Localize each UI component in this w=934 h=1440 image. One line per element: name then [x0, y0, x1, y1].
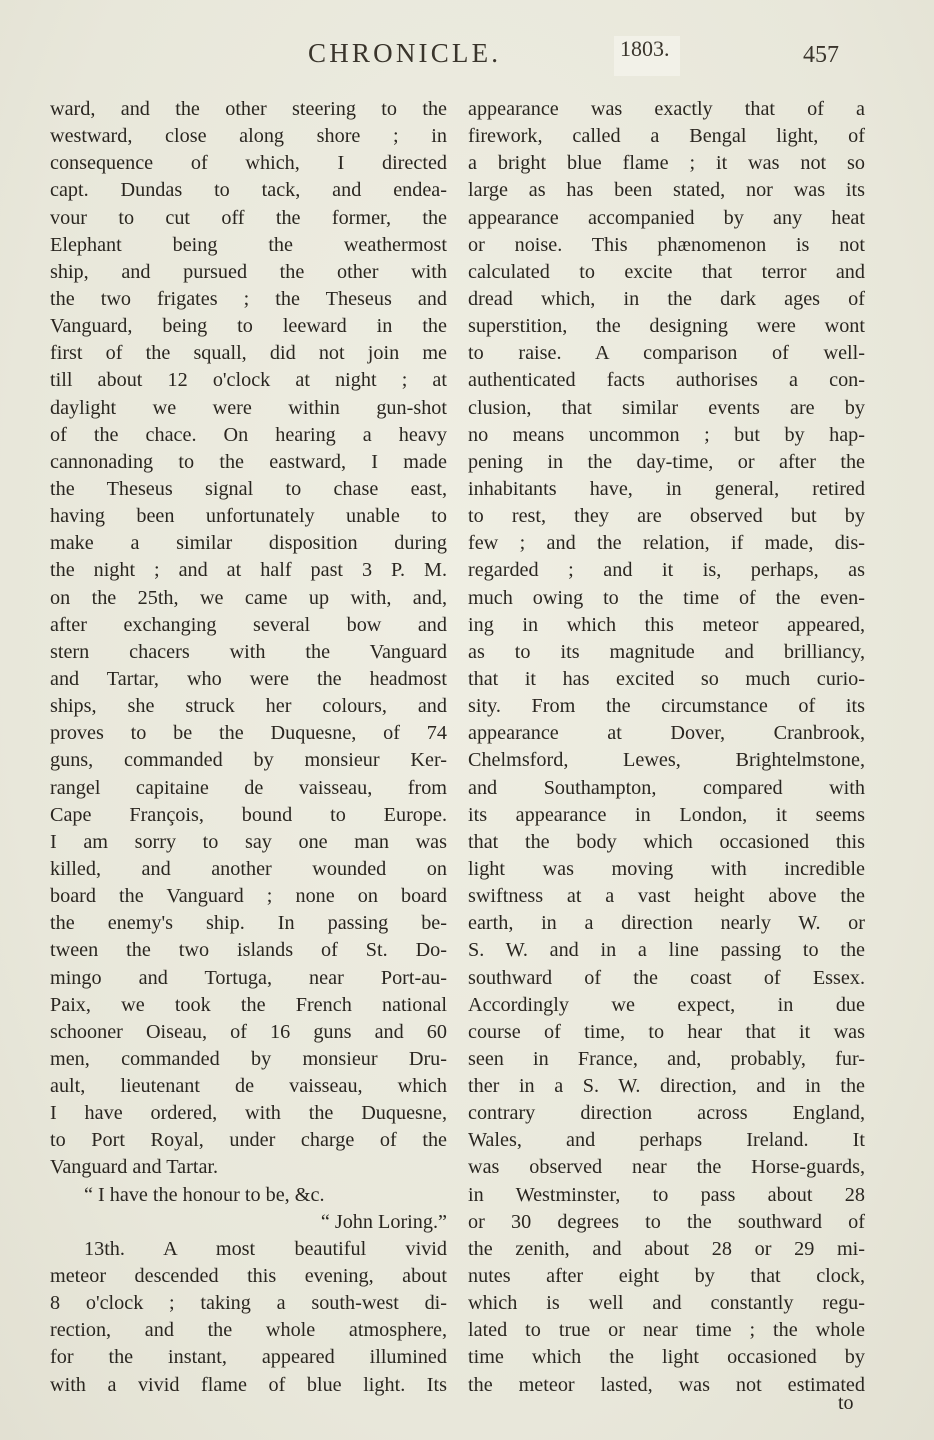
text-line: proves to be the Duquesne, of 74: [50, 720, 447, 747]
text-line: lated to true or near time ; the whole: [468, 1317, 865, 1344]
text-line: its appearance in London, it seems: [468, 802, 865, 829]
text-line: make a similar disposition during: [50, 530, 447, 557]
text-line: on the 25th, we came up with, and,: [50, 585, 447, 612]
text-line: the zenith, and about 28 or 29 mi-: [468, 1236, 865, 1263]
text-line: that it has excited so much curio-: [468, 666, 865, 693]
text-line: daylight we were within gun-shot: [50, 395, 447, 422]
text-line: much owing to the time of the even-: [468, 585, 865, 612]
text-line: few ; and the relation, if made, dis-: [468, 530, 865, 557]
text-line: or noise. This phænomenon is not: [468, 232, 865, 259]
text-line: Accordingly we expect, in due: [468, 992, 865, 1019]
text-line: in Westminster, to pass about 28: [468, 1182, 865, 1209]
text-line: westward, close along shore ; in: [50, 123, 447, 150]
entry-line: rection, and the whole atmosphere,: [50, 1317, 447, 1344]
letter-signature: “ John Loring.”: [50, 1209, 447, 1236]
text-line: seen in France, and, probably, fur-: [468, 1046, 865, 1073]
text-line: board the Vanguard ; none on board: [50, 883, 447, 910]
text-line: to rest, they are observed but by: [468, 503, 865, 530]
text-line: the enemy's ship. In passing be-: [50, 910, 447, 937]
text-line: firework, called a Bengal light, of: [468, 123, 865, 150]
text-line: course of time, to hear that it was: [468, 1019, 865, 1046]
text-line: guns, commanded by monsieur Ker-: [50, 747, 447, 774]
running-head: CHRONICLE. 1803. 457: [0, 36, 934, 76]
text-line: ther in a S. W. direction, and in the: [468, 1073, 865, 1100]
text-line: time which the light occasioned by: [468, 1344, 865, 1371]
text-line: earth, in a direction nearly W. or: [468, 910, 865, 937]
entry-line: 13th. A most beautiful vivid: [50, 1236, 447, 1263]
letter-closing: “ I have the honour to be, &c.: [50, 1182, 447, 1209]
left-column: ward, and the other steering to the west…: [50, 96, 447, 1399]
text-line: consequence of which, I directed: [50, 150, 447, 177]
text-line: appearance was exactly that of a: [468, 96, 865, 123]
text-line: which is well and constantly regu-: [468, 1290, 865, 1317]
text-line: superstition, the designing were wont: [468, 313, 865, 340]
text-line: and Tartar, who were the headmost: [50, 666, 447, 693]
text-line: cannonading to the eastward, I made: [50, 449, 447, 476]
right-column: appearance was exactly that of a firewor…: [468, 96, 865, 1399]
text-line: contrary direction across England,: [468, 1100, 865, 1127]
text-line: Paix, we took the French national: [50, 992, 447, 1019]
text-line: ship, and pursued the other with: [50, 259, 447, 286]
text-line: killed, and another wounded on: [50, 856, 447, 883]
text-line: Vanguard, being to leeward in the: [50, 313, 447, 340]
text-line: to raise. A comparison of well-: [468, 340, 865, 367]
text-line: as to its magnitude and brilliancy,: [468, 639, 865, 666]
text-line: sity. From the circumstance of its: [468, 693, 865, 720]
text-line: large as has been stated, nor was its: [468, 177, 865, 204]
text-line: clusion, that similar events are by: [468, 395, 865, 422]
text-line: ships, she struck her colours, and: [50, 693, 447, 720]
running-head-title: CHRONICLE.: [308, 38, 501, 69]
text-line: stern chacers with the Vanguard: [50, 639, 447, 666]
catchword: to: [838, 1392, 854, 1415]
text-line: I am sorry to say one man was: [50, 829, 447, 856]
text-line: ault, lieutenant de vaisseau, which: [50, 1073, 447, 1100]
text-line: having been unfortunately unable to: [50, 503, 447, 530]
text-line: first of the squall, did not join me: [50, 340, 447, 367]
text-line: that the body which occasioned this: [468, 829, 865, 856]
text-line: of the chace. On hearing a heavy: [50, 422, 447, 449]
text-line: the meteor lasted, was not estimated: [468, 1372, 865, 1399]
text-line: capt. Dundas to tack, and endea-: [50, 177, 447, 204]
running-head-year: 1803.: [614, 36, 680, 76]
text-line: the two frigates ; the Theseus and: [50, 286, 447, 313]
page-number: 457: [803, 42, 839, 69]
text-line: schooner Oiseau, of 16 guns and 60: [50, 1019, 447, 1046]
entry-line: for the instant, appeared illumined: [50, 1344, 447, 1371]
text-line: swiftness at a vast height above the: [468, 883, 865, 910]
text-line: and Southampton, compared with: [468, 775, 865, 802]
text-line: Vanguard and Tartar.: [50, 1154, 447, 1181]
text-line: authenticated facts authorises a con-: [468, 367, 865, 394]
text-line: dread which, in the dark ages of: [468, 286, 865, 313]
text-line: inhabitants have, in general, retired: [468, 476, 865, 503]
entry-line: meteor descended this evening, about: [50, 1263, 447, 1290]
text-line: after exchanging several bow and: [50, 612, 447, 639]
text-line: to Port Royal, under charge of the: [50, 1127, 447, 1154]
text-line: appearance accompanied by any heat: [468, 205, 865, 232]
text-line: rangel capitaine de vaisseau, from: [50, 775, 447, 802]
text-line: Cape François, bound to Europe.: [50, 802, 447, 829]
text-line: vour to cut off the former, the: [50, 205, 447, 232]
text-line: was observed near the Horse-guards,: [468, 1154, 865, 1181]
text-line: the Theseus signal to chase east,: [50, 476, 447, 503]
text-line: regarded ; and it is, perhaps, as: [468, 557, 865, 584]
entry-line: with a vivid flame of blue light. Its: [50, 1372, 447, 1399]
text-line: Wales, and perhaps Ireland. It: [468, 1127, 865, 1154]
text-line: or 30 degrees to the southward of: [468, 1209, 865, 1236]
text-line: ing in which this meteor appeared,: [468, 612, 865, 639]
text-line: till about 12 o'clock at night ; at: [50, 367, 447, 394]
text-line: Elephant being the weathermost: [50, 232, 447, 259]
text-line: mingo and Tortuga, near Port-au-: [50, 965, 447, 992]
text-line: I have ordered, with the Duquesne,: [50, 1100, 447, 1127]
text-line: tween the two islands of St. Do-: [50, 937, 447, 964]
text-line: the night ; and at half past 3 P. M.: [50, 557, 447, 584]
entry-line: 8 o'clock ; taking a south-west di-: [50, 1290, 447, 1317]
text-line: men, commanded by monsieur Dru-: [50, 1046, 447, 1073]
text-line: Chelmsford, Lewes, Brightelmstone,: [468, 747, 865, 774]
text-line: southward of the coast of Essex.: [468, 965, 865, 992]
text-line: pening in the day-time, or after the: [468, 449, 865, 476]
text-line: nutes after eight by that clock,: [468, 1263, 865, 1290]
text-line: light was moving with incredible: [468, 856, 865, 883]
text-line: a bright blue flame ; it was not so: [468, 150, 865, 177]
text-line: calculated to excite that terror and: [468, 259, 865, 286]
text-line: no means uncommon ; but by hap-: [468, 422, 865, 449]
text-line: ward, and the other steering to the: [50, 96, 447, 123]
text-line: appearance at Dover, Cranbrook,: [468, 720, 865, 747]
text-line: S. W. and in a line passing to the: [468, 937, 865, 964]
